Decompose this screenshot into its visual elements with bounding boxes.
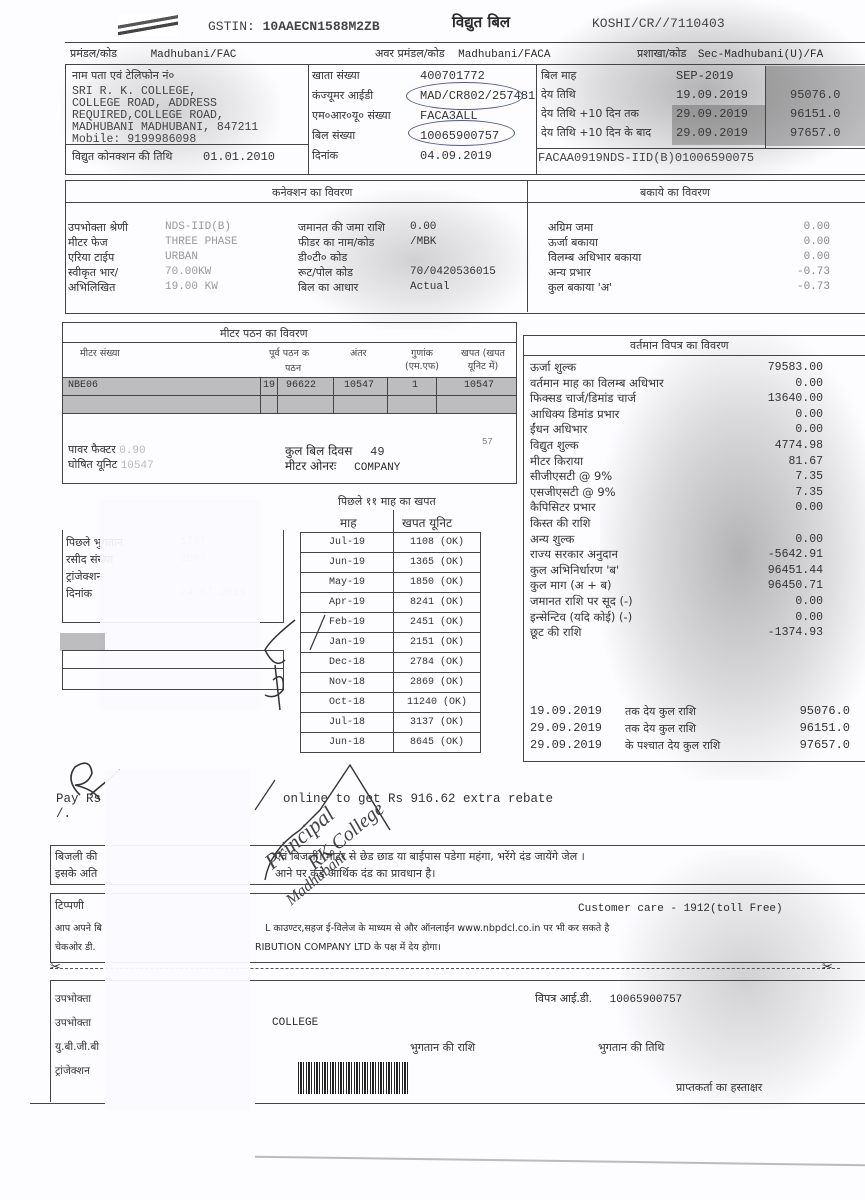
connection-field-label: मीटर फेज: [68, 235, 108, 250]
receipt-field-label: उपभोक्ता: [55, 1016, 91, 1030]
consumer-name-tail: COLLEGE: [272, 1017, 318, 1029]
total-label: तक देय कुल राशि: [625, 721, 696, 736]
division-label: प्रमंडल/कोड: [70, 47, 117, 60]
charge-value: 0.00: [735, 611, 823, 624]
col-prev-reading: पूर्व पठन क: [269, 346, 309, 359]
history-row: Jun-191365 (OK): [301, 553, 481, 573]
charge-label: मीटर किराया: [530, 454, 583, 469]
charge-value: 0.00: [735, 377, 823, 390]
history-units: 1850 (OK): [394, 573, 481, 593]
col-meter-no: मीटर संख्या: [80, 346, 120, 359]
payment-field-label: दिनांक: [66, 586, 92, 601]
declared-units-label: घोषित यूनिट: [68, 458, 117, 471]
history-col-units: खपत यूनिट: [402, 514, 452, 531]
connection-field-value: NDS-IID(B): [165, 221, 231, 233]
charge-label: कुल अभिनिर्धारण 'ब': [530, 563, 619, 578]
subdivision-label: अवर प्रमंडल/कोड: [375, 47, 445, 60]
receipt-field-label: यु.बी.जी.बी: [55, 1040, 99, 1054]
connection-field-label: स्वीकृत भार/: [68, 265, 118, 280]
charge-label: किस्त की राशि: [530, 516, 590, 531]
bill-title: विद्युत बिल: [452, 12, 510, 32]
receipt-field-label: ट्रांजेक्शन: [55, 1064, 90, 1078]
scan-shade: [60, 633, 105, 651]
connection-field-value: 70/0420536015: [410, 266, 496, 278]
current-bill-title: वर्तमान विपत्र का विवरण: [630, 338, 729, 353]
total-label: के पश्चात देय कुल राशि: [625, 738, 720, 753]
college-stamp: Principal RK College Madhubani: [250, 760, 420, 920]
connection-field-label: डी०टी० कोड: [298, 250, 347, 265]
bill-date-label: देय तिथि +10 दिन तक: [541, 106, 639, 121]
connection-field-value: Actual: [410, 281, 450, 293]
arrears-field-label: विलम्ब अधिभार बकाया: [548, 250, 641, 265]
col-units: खपत (खपत यूनिट में): [452, 346, 514, 372]
pay-rs-suffix: /.: [56, 807, 101, 822]
scissors-icon: ✂: [50, 960, 61, 975]
total-date: 29.09.2019: [530, 721, 602, 735]
arrears-field-value: 0.00: [775, 221, 830, 233]
arrears-field-value: 0.00: [775, 251, 830, 263]
history-units: 8241 (OK): [394, 593, 481, 613]
arrears-field-value: -0.73: [775, 281, 830, 293]
charge-value: 0.00: [735, 533, 823, 546]
connection-field-value: THREE PHASE: [165, 236, 238, 248]
col-diff: अंतर: [350, 346, 367, 359]
history-title: पिछले ११ माह का खपत: [338, 494, 436, 509]
history-units: 1108 (OK): [394, 533, 481, 553]
bill-id-label: विपत्र आई.डी.: [535, 992, 592, 1005]
charge-value: 81.67: [735, 455, 823, 468]
history-units: 2869 (OK): [394, 673, 481, 693]
section-value: Sec-Madhubani(U)/FA: [698, 49, 823, 61]
arrears-field-label: अग्रिम जमा: [548, 220, 593, 235]
history-units: 8645 (OK): [394, 733, 481, 753]
notice-3-right: L काउण्टर,सहज ई-विलेज के माध्यम से और ऑन…: [265, 921, 609, 934]
col-mf: गुणांक (एम.एफ): [397, 346, 447, 372]
charge-label: कैपिसिटर प्रभार: [530, 500, 596, 515]
charge-value: 7.35: [735, 486, 823, 499]
charge-label: अन्य शुल्क: [530, 532, 574, 547]
gstin-label: GSTIN:: [208, 19, 255, 34]
notice-4-left: चेकओर डी.: [55, 940, 96, 953]
total-date: 29.09.2019: [530, 738, 602, 752]
connection-details-title: कनेक्शन का विवरण: [272, 185, 352, 200]
charge-value: 96450.71: [735, 579, 823, 592]
charge-label: फिक्सड चार्ज/डिमांड चार्ज: [530, 391, 636, 406]
connection-field-value: /MBK: [410, 236, 436, 248]
notice-3-left: आप अपने बि: [55, 921, 102, 934]
history-month: Jun-18: [301, 733, 394, 753]
charge-value: -5642.91: [735, 548, 823, 561]
declared-units: 10547: [121, 460, 154, 472]
pay-rs-label: Pay Rs: [56, 792, 101, 807]
signature-mark: [255, 610, 335, 720]
charge-label: कुल माग (अ + ब): [530, 578, 612, 593]
history-row: May-191850 (OK): [301, 573, 481, 593]
consumer-name-label: नाम पता एवं टेलिफोन नं०: [72, 68, 174, 83]
connection-field-label: फीडर का नाम/कोड: [298, 235, 374, 250]
customer-care: Customer care - 1912(toll Free): [578, 903, 783, 915]
connection-field-value: 0.00: [410, 221, 436, 233]
bill-date-label: देय तिथि: [541, 87, 576, 102]
payment-date-label: भुगतान की तिथि: [598, 1040, 664, 1055]
bill-date-label: बिल माह: [541, 68, 576, 83]
reading-diff: 10547: [344, 380, 374, 391]
scissors-icon: ✂: [822, 960, 833, 975]
bill-date-label: देय तिथि +10 दिन के बाद: [541, 125, 651, 140]
notice-2-right: आने पर कडे आर्थिक दंड का प्रावधान है।: [275, 866, 435, 881]
account-field-label: बिल संख्या: [312, 128, 355, 143]
connection-field-label: जमानत की जमा राशि: [298, 220, 385, 235]
charge-value: -1374.93: [735, 626, 823, 639]
charge-label: वर्तमान माह का विलम्ब अधिभार: [530, 376, 664, 391]
receiver-signature-label: प्राप्तकर्ता का हस्ताक्षर: [676, 1080, 762, 1095]
connection-field-label: उपभोक्ता श्रेणी: [68, 220, 128, 235]
history-row: Jul-191108 (OK): [301, 533, 481, 553]
history-units: 2784 (OK): [394, 653, 481, 673]
gstin-value: 10AAECN1588M2ZB: [263, 19, 380, 34]
account-field-label: एम०आर०यू० संख्या: [312, 108, 391, 123]
meter-row: NBE06 19 96622 10547 1 10547: [62, 380, 517, 394]
consumed-units: 10547: [464, 380, 494, 391]
empty-box: [62, 650, 284, 690]
pen-circle-bill-no: [408, 120, 515, 146]
account-field-label: दिनांक: [312, 148, 338, 163]
charge-label: इन्सेन्टिव (यदि कोई) (-): [530, 610, 632, 625]
history-units: 1365 (OK): [394, 553, 481, 573]
multiplying-factor: 1: [412, 380, 418, 391]
meter-number: NBE06: [68, 380, 98, 391]
charge-value: 13640.00: [735, 392, 823, 405]
bill-days: 49: [370, 445, 384, 459]
scan-whiteout: [105, 770, 250, 1110]
bill-code: FACAA0919NDS-IID(B)01006590075: [538, 151, 754, 165]
connection-field-label: रूट/पोल कोड: [298, 265, 353, 280]
consumer-address: SRI R. K. COLLEGE, COLLEGE ROAD, ADDRESS…: [72, 86, 258, 146]
history-units: 3137 (OK): [394, 713, 481, 733]
logo-mark: [118, 14, 178, 36]
power-factor: 0.90: [119, 445, 145, 457]
current-reading: 96622: [286, 380, 316, 391]
notice-4-right: RIBUTION COMPANY LTD के पक्ष में देय होग…: [255, 940, 441, 953]
arrears-field-label: ऊर्जा बकाया: [548, 235, 598, 250]
charge-label: सीजीएसटी @ 9%: [530, 469, 612, 484]
account-field-value: 400701772: [420, 69, 485, 83]
meter-extra-figure: 57: [482, 437, 493, 447]
charge-value: 0.00: [735, 423, 823, 436]
section-label: प्रशाखा/कोड: [637, 47, 686, 60]
charge-label: विद्युत शुल्क: [530, 438, 579, 453]
connection-date-label: विद्युत कोनक्शन की तिथि: [72, 149, 172, 164]
bill-date-value: SEP-2019: [676, 69, 734, 83]
connection-date: 01.01.2010: [203, 150, 275, 164]
subdivision-value: Madhubani/FACA: [458, 49, 550, 61]
charge-value: 4774.98: [735, 439, 823, 452]
charge-label: ईंधन अधिभार: [530, 422, 587, 437]
charge-label: एसजीएसटी @ 9%: [530, 485, 616, 500]
barcode: [298, 1062, 410, 1094]
prev-reading-suffix: 19: [263, 380, 275, 391]
notice-1-left: बिजली की: [55, 849, 97, 864]
history-row: Jun-188645 (OK): [301, 733, 481, 753]
account-field-value: 04.09.2019: [420, 149, 492, 163]
arrears-field-value: -0.73: [775, 266, 830, 278]
charge-label: ऊर्जा शुल्क: [530, 360, 576, 375]
charge-label: जमानत राशि पर सूद (-): [530, 594, 633, 609]
notice-1-right: एवं बिजली। मीटर से छेड छाड या बाईपास पडे…: [275, 849, 585, 864]
meter-reading-title: मीटर पठन का विवरण: [220, 326, 308, 341]
history-month: Jun-19: [301, 553, 394, 573]
history-month: May-19: [301, 573, 394, 593]
history-units: 11240 (OK): [394, 693, 481, 713]
shaded-amounts: [766, 66, 865, 146]
connection-field-label: बिल का आधार: [298, 280, 358, 295]
connection-field-value: 70.00KW: [165, 266, 211, 278]
meter-owner: COMPANY: [354, 462, 400, 474]
charge-label: राज्य सरकार अनुदान: [530, 547, 618, 562]
page-edge: [255, 1156, 865, 1167]
connection-field-label: एरिया टाईप: [68, 250, 114, 265]
connection-field-value: 19.00 KW: [165, 281, 218, 293]
total-label: तक देय कुल राशि: [625, 704, 696, 719]
remarks-label: टिप्पणी: [55, 898, 84, 913]
connection-field-value: URBAN: [165, 251, 198, 263]
receipt-field-label: उपभोक्ता: [55, 992, 91, 1006]
history-col-month: माह: [340, 514, 357, 531]
history-units: 2151 (OK): [394, 633, 481, 653]
total-value: 96151.0: [770, 721, 850, 735]
charge-value: 0.00: [735, 408, 823, 421]
history-month: Jul-19: [301, 533, 394, 553]
charge-value: 79583.00: [735, 361, 823, 374]
division-value: Madhubani/FAC: [151, 49, 237, 61]
col-reading: पठन: [285, 361, 301, 374]
power-factor-label: पावर फैक्टर: [68, 443, 116, 456]
address-line: Mobile: 9199986098: [72, 134, 258, 146]
bill-days-label: कुल बिल दिवस: [285, 444, 352, 458]
charge-value: 0.00: [735, 595, 823, 608]
arrears-field-label: अन्य प्रभार: [548, 265, 591, 280]
connection-field-label: अभिलिखित: [68, 280, 115, 295]
total-value: 97657.0: [770, 738, 850, 752]
notice-2-left: इसके अति: [55, 866, 97, 881]
arrears-title: बकाये का विवरण: [640, 185, 710, 200]
history-units: 2451 (OK): [394, 613, 481, 633]
meter-header-row: मीटर संख्या पूर्व पठन क पठन अंतर गुणांक …: [62, 343, 517, 377]
charge-value: 96451.44: [735, 564, 823, 577]
arrears-field-value: 0.00: [775, 236, 830, 248]
account-field-label: खाता संख्या: [312, 68, 360, 83]
charge-value: 7.35: [735, 470, 823, 483]
bill-date-value: 19.09.2019: [676, 88, 748, 102]
shaded-dates: [672, 105, 765, 145]
pen-circle-consumer-id: [406, 82, 523, 110]
charge-label: छूट की राशि: [530, 625, 581, 640]
arrears-field-label: कुल बकाया 'अ': [548, 280, 612, 295]
meter-owner-label: मीटर ओनरः: [285, 459, 336, 473]
charge-value: 0.00: [735, 501, 823, 514]
total-value: 95076.0: [770, 704, 850, 718]
payment-field-label: ट्रांजेक्शन: [66, 569, 103, 584]
ref-code: KOSHI/CR//7110403: [592, 16, 725, 31]
total-date: 19.09.2019: [530, 704, 602, 718]
bill-id: 10065900757: [610, 994, 683, 1006]
account-field-label: कंज्यूमर आईडी: [312, 88, 373, 103]
payment-amount-label: भुगतान की राशि: [410, 1040, 475, 1055]
charge-label: आधिक्य डिमांड प्रभार: [530, 407, 619, 422]
